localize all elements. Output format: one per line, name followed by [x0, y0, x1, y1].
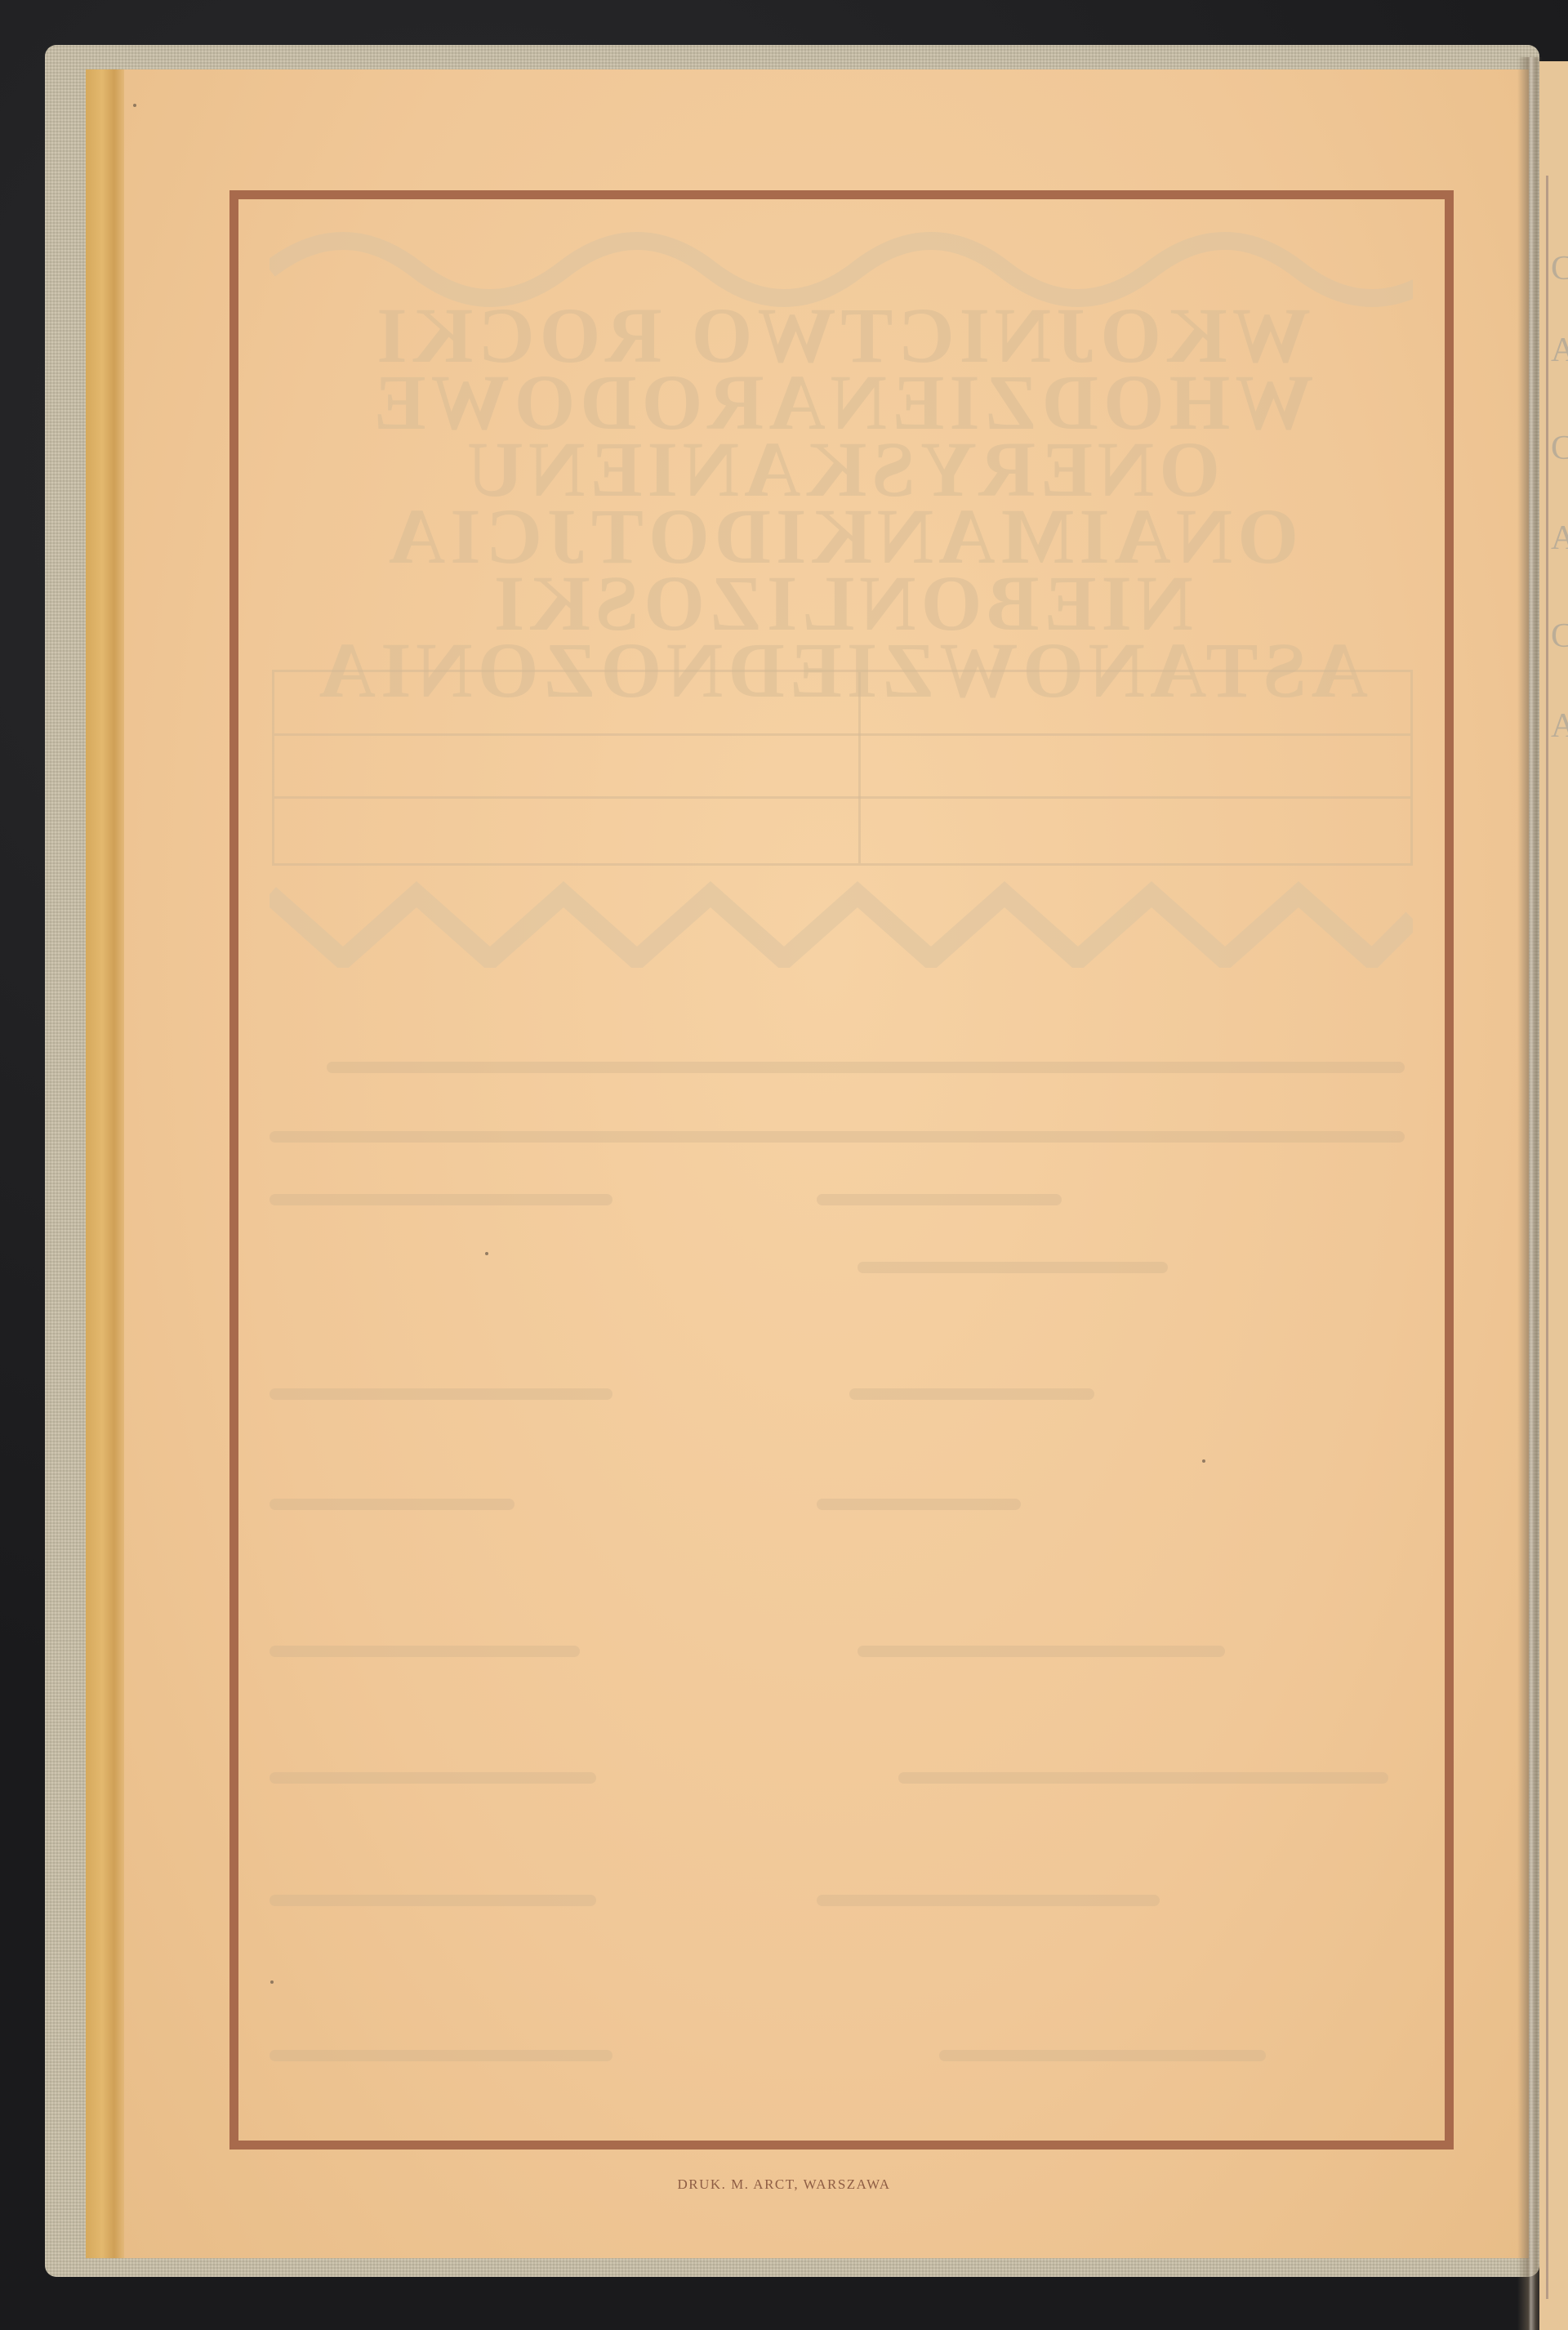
- paper-speck: [133, 104, 136, 107]
- facing-page-glyph: C: [1551, 249, 1568, 288]
- facing-page-glyph: A: [1551, 706, 1568, 746]
- facing-page-glyph: C: [1551, 429, 1568, 468]
- facing-page-glyph: A: [1551, 331, 1568, 370]
- red-border-frame: [229, 190, 1454, 2150]
- printer-imprint: DRUK. M. ARCT, WARSZAWA: [0, 2176, 1568, 2193]
- book-gutter: [1517, 57, 1542, 2330]
- facing-page-glyph: C: [1551, 617, 1568, 656]
- page-edges: [86, 69, 127, 2258]
- facing-page-frame: [1546, 176, 1568, 2299]
- facing-page-glyph: A: [1551, 519, 1568, 558]
- facing-page-edge: C A C A C A: [1539, 61, 1568, 2330]
